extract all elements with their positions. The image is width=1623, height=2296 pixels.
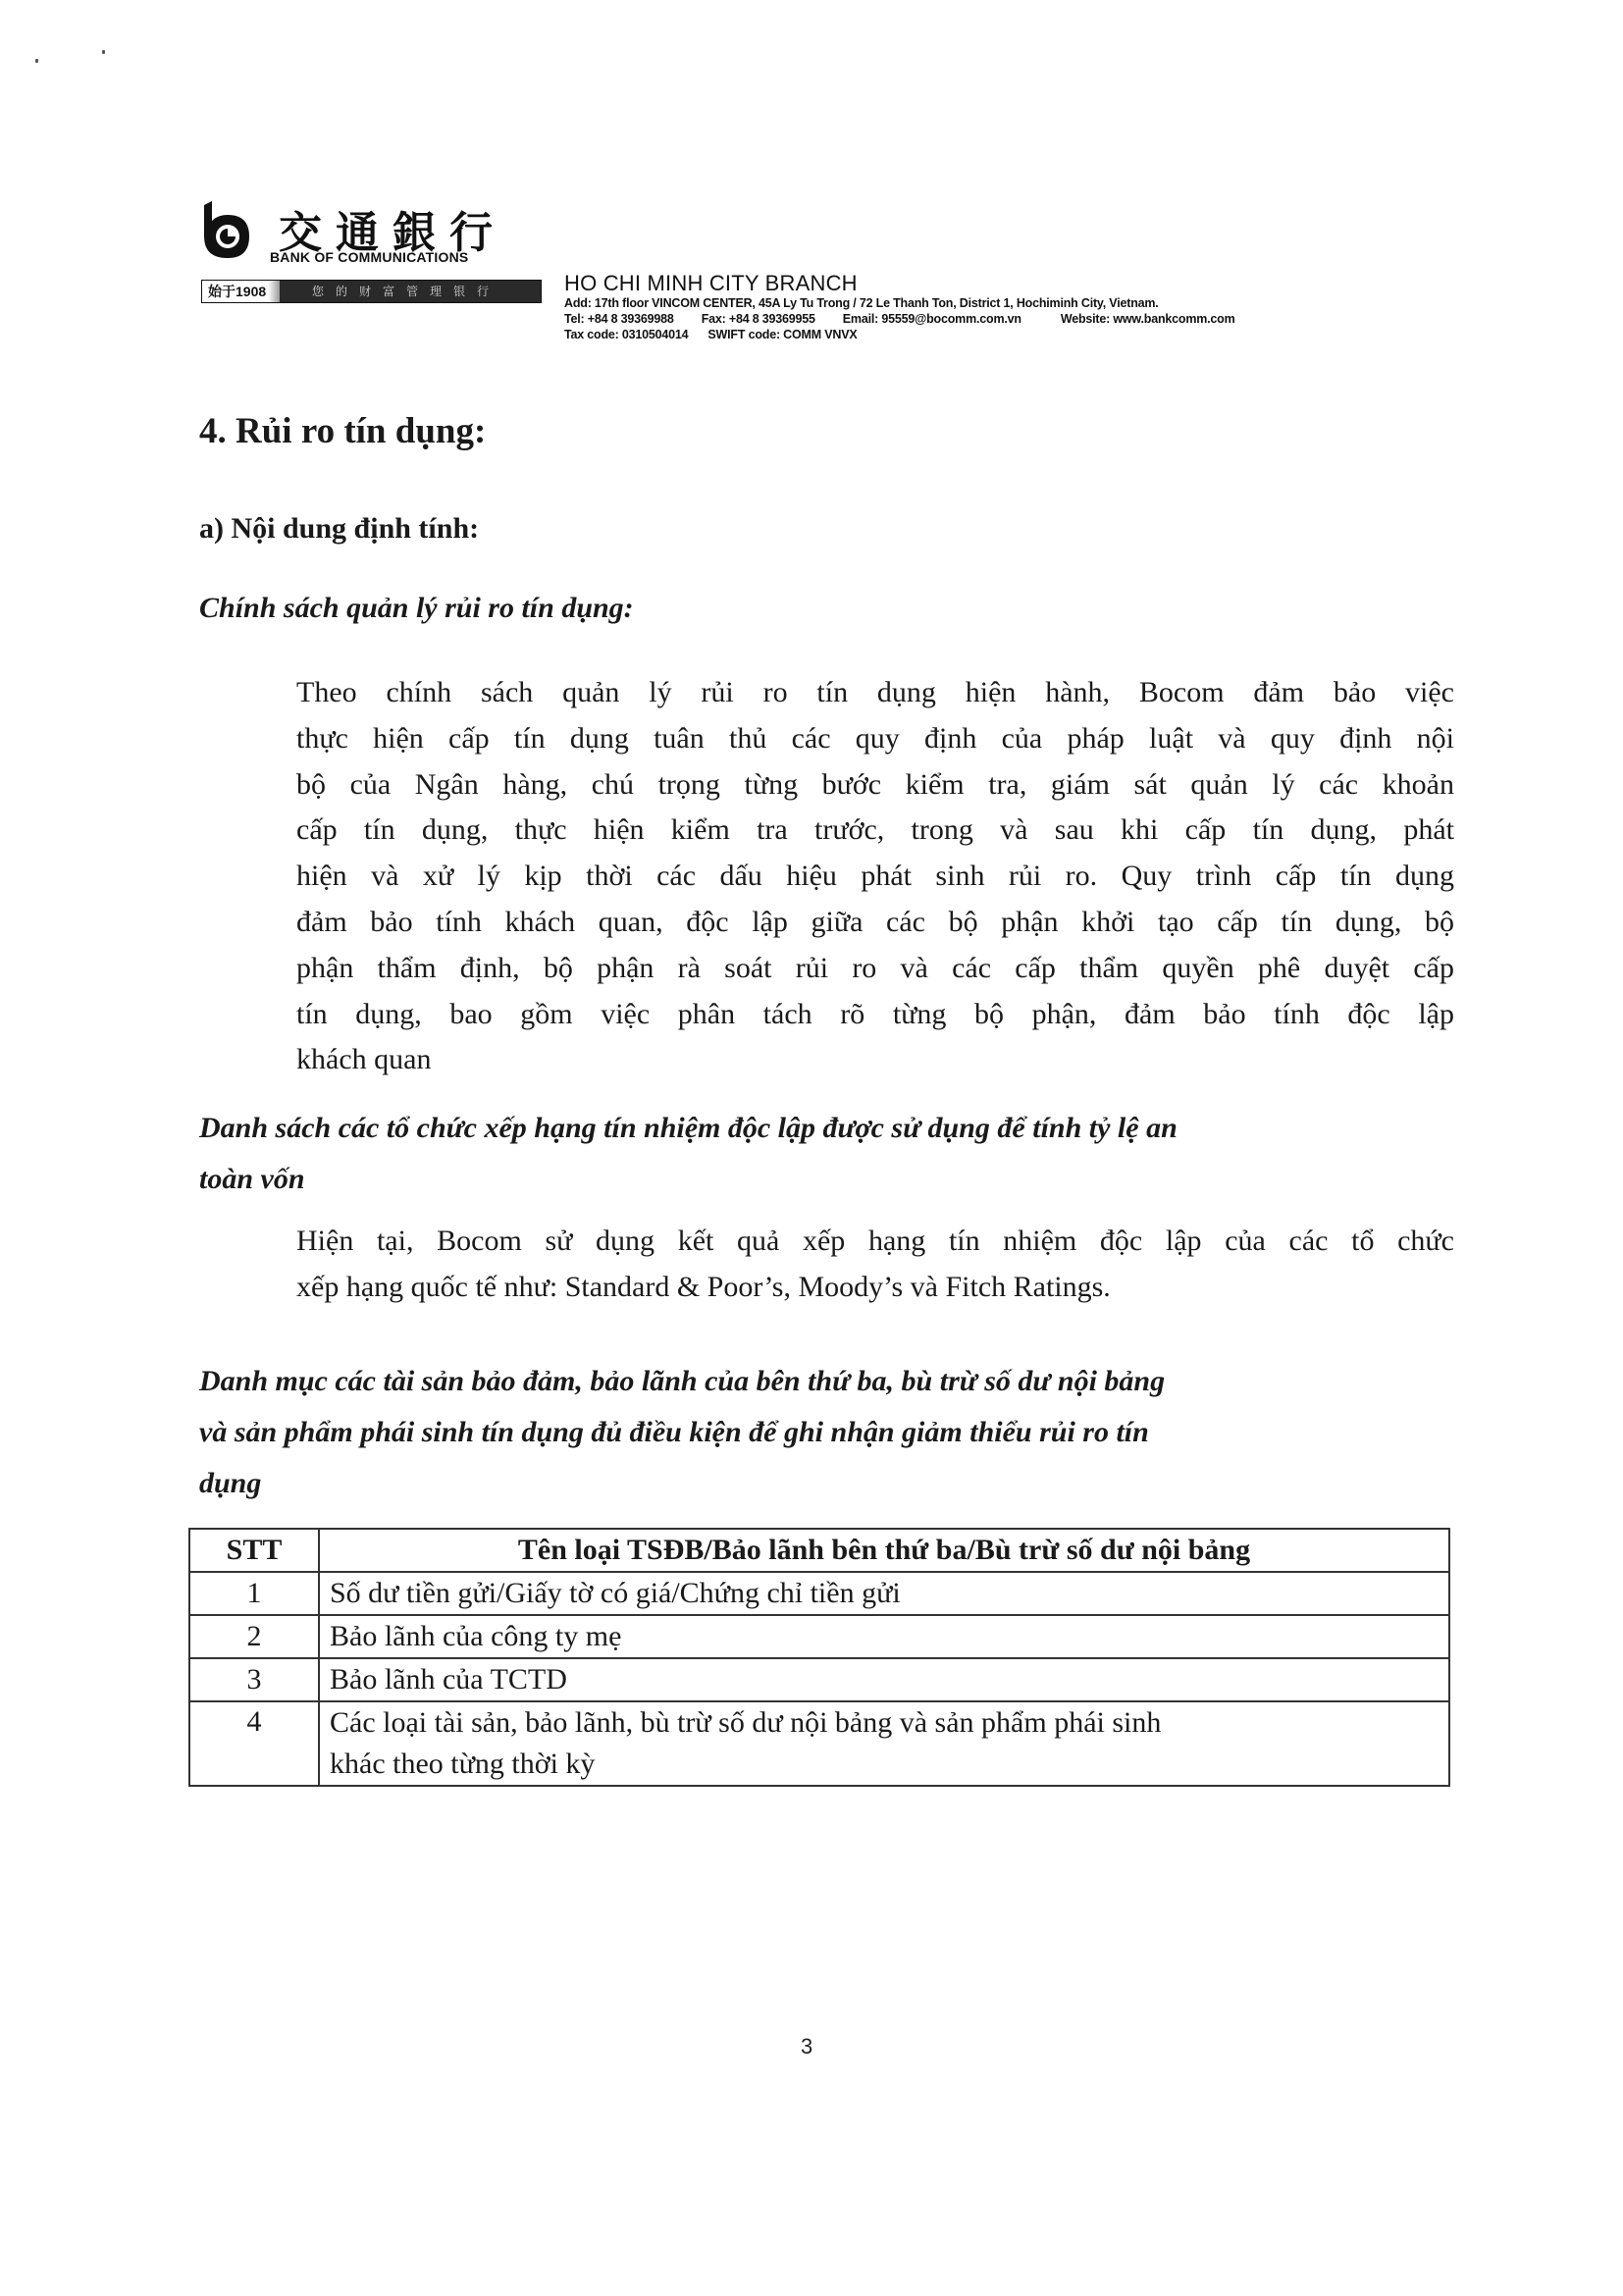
- table-row: 2 Bảo lãnh của công ty mẹ: [189, 1615, 1449, 1658]
- section-title: 4. Rủi ro tín dụng:: [199, 410, 486, 452]
- table-header-row: STT Tên loại TSĐB/Bảo lãnh bên thứ ba/Bù…: [189, 1529, 1449, 1572]
- heading-line: toàn vốn: [199, 1154, 1475, 1205]
- paragraph-line: Hiện tại, Bocom sử dụng kết quả xếp hạng…: [296, 1219, 1454, 1265]
- heading-line: dụng: [199, 1458, 1475, 1509]
- paragraph-line: cấp tín dụng, thực hiện kiểm tra trước, …: [296, 808, 1454, 854]
- policy-paragraph: Theo chính sách quản lý rủi ro tín dụng …: [296, 670, 1454, 1083]
- table-row: 1 Số dư tiền gửi/Giấy tờ có giá/Chứng ch…: [189, 1572, 1449, 1615]
- cell-stt: 3: [189, 1658, 319, 1701]
- heading-line: và sản phẩm phái sinh tín dụng đủ điều k…: [199, 1407, 1475, 1458]
- cell-stt: 2: [189, 1615, 319, 1658]
- paragraph-line: xếp hạng quốc tế như: Standard & Poor’s,…: [296, 1265, 1454, 1311]
- branch-swift-code: SWIFT code: COMM VNVX: [707, 328, 857, 341]
- paragraph-line: hiện và xử lý kịp thời các dấu hiệu phát…: [296, 854, 1454, 900]
- column-header-stt: STT: [189, 1529, 319, 1572]
- branch-email: Email: 95559@bocomm.com.vn: [843, 312, 1021, 326]
- logo-tagline: 始于1908 您的财富管理银行: [201, 280, 542, 303]
- paragraph-line: Theo chính sách quản lý rủi ro tín dụng …: [296, 670, 1454, 716]
- cell-name: Các loại tài sản, bảo lãnh, bù trừ số dư…: [319, 1701, 1449, 1786]
- paragraph-line: đảm bảo tính khách quan, độc lập giữa cá…: [296, 900, 1454, 946]
- tagline-slogan: 您的财富管理银行: [312, 281, 500, 302]
- branch-website: Website: www.bankcomm.com: [1061, 312, 1235, 326]
- branch-name: HO CHI MINH CITY BRANCH: [564, 272, 1545, 295]
- table-row: 3 Bảo lãnh của TCTD: [189, 1658, 1449, 1701]
- paragraph-line: khách quan: [296, 1037, 1454, 1083]
- bank-logo: 交通銀行 BANK OF COMMUNICATIONS 始于1908 您的财富管…: [196, 201, 540, 299]
- bocom-logo-icon: [196, 201, 255, 260]
- cell-line: Các loại tài sản, bảo lãnh, bù trừ số dư…: [330, 1702, 1439, 1744]
- collateral-table: STT Tên loại TSĐB/Bảo lãnh bên thứ ba/Bù…: [188, 1528, 1450, 1787]
- paragraph-line: bộ của Ngân hàng, chú trọng từng bước ki…: [296, 762, 1454, 809]
- branch-tel: Tel: +84 8 39369988: [564, 312, 674, 326]
- scan-speck: [102, 50, 105, 54]
- section-subtitle: a) Nội dung định tính:: [199, 512, 479, 546]
- branch-tax-code: Tax code: 0310504014: [564, 328, 688, 341]
- cell-name: Số dư tiền gửi/Giấy tờ có giá/Chứng chỉ …: [319, 1572, 1449, 1615]
- paragraph-line: thực hiện cấp tín dụng tuân thủ các quy …: [296, 716, 1454, 762]
- paragraph-line: tín dụng, bao gồm việc phân tách rõ từng…: [296, 992, 1454, 1038]
- cell-name: Bảo lãnh của TCTD: [319, 1658, 1449, 1701]
- branch-codes: Tax code: 0310504014SWIFT code: COMM VNV…: [564, 327, 1545, 342]
- cell-name: Bảo lãnh của công ty mẹ: [319, 1615, 1449, 1658]
- column-header-name: Tên loại TSĐB/Bảo lãnh bên thứ ba/Bù trừ…: [319, 1529, 1449, 1572]
- heading-line: Danh mục các tài sản bảo đảm, bảo lãnh c…: [199, 1356, 1475, 1407]
- scan-speck: [35, 59, 38, 63]
- branch-info: HO CHI MINH CITY BRANCH Add: 17th floor …: [564, 272, 1545, 342]
- rating-agencies-paragraph: Hiện tại, Bocom sử dụng kết quả xếp hạng…: [296, 1219, 1454, 1311]
- rating-agencies-heading: Danh sách các tổ chức xếp hạng tín nhiệm…: [199, 1103, 1475, 1205]
- cell-stt: 4: [189, 1701, 319, 1786]
- branch-fax: Fax: +84 8 39369955: [702, 312, 815, 326]
- branch-address: Add: 17th floor VINCOM CENTER, 45A Ly Tu…: [564, 295, 1545, 311]
- page-number: 3: [801, 2034, 812, 2060]
- paragraph-line: phận thẩm định, bộ phận rà soát rủi ro v…: [296, 946, 1454, 992]
- heading-line: Danh sách các tổ chức xếp hạng tín nhiệm…: [199, 1103, 1475, 1154]
- collateral-heading: Danh mục các tài sản bảo đảm, bảo lãnh c…: [199, 1356, 1475, 1509]
- cell-stt: 1: [189, 1572, 319, 1615]
- policy-heading: Chính sách quản lý rủi ro tín dụng:: [199, 592, 634, 625]
- table-row: 4 Các loại tài sản, bảo lãnh, bù trừ số …: [189, 1701, 1449, 1786]
- logo-english-name: BANK OF COMMUNICATIONS: [270, 249, 468, 265]
- cell-line: khác theo từng thời kỳ: [330, 1744, 1439, 1785]
- tagline-since: 始于1908: [202, 281, 280, 302]
- branch-contacts: Tel: +84 8 39369988Fax: +84 8 39369955Em…: [564, 311, 1545, 327]
